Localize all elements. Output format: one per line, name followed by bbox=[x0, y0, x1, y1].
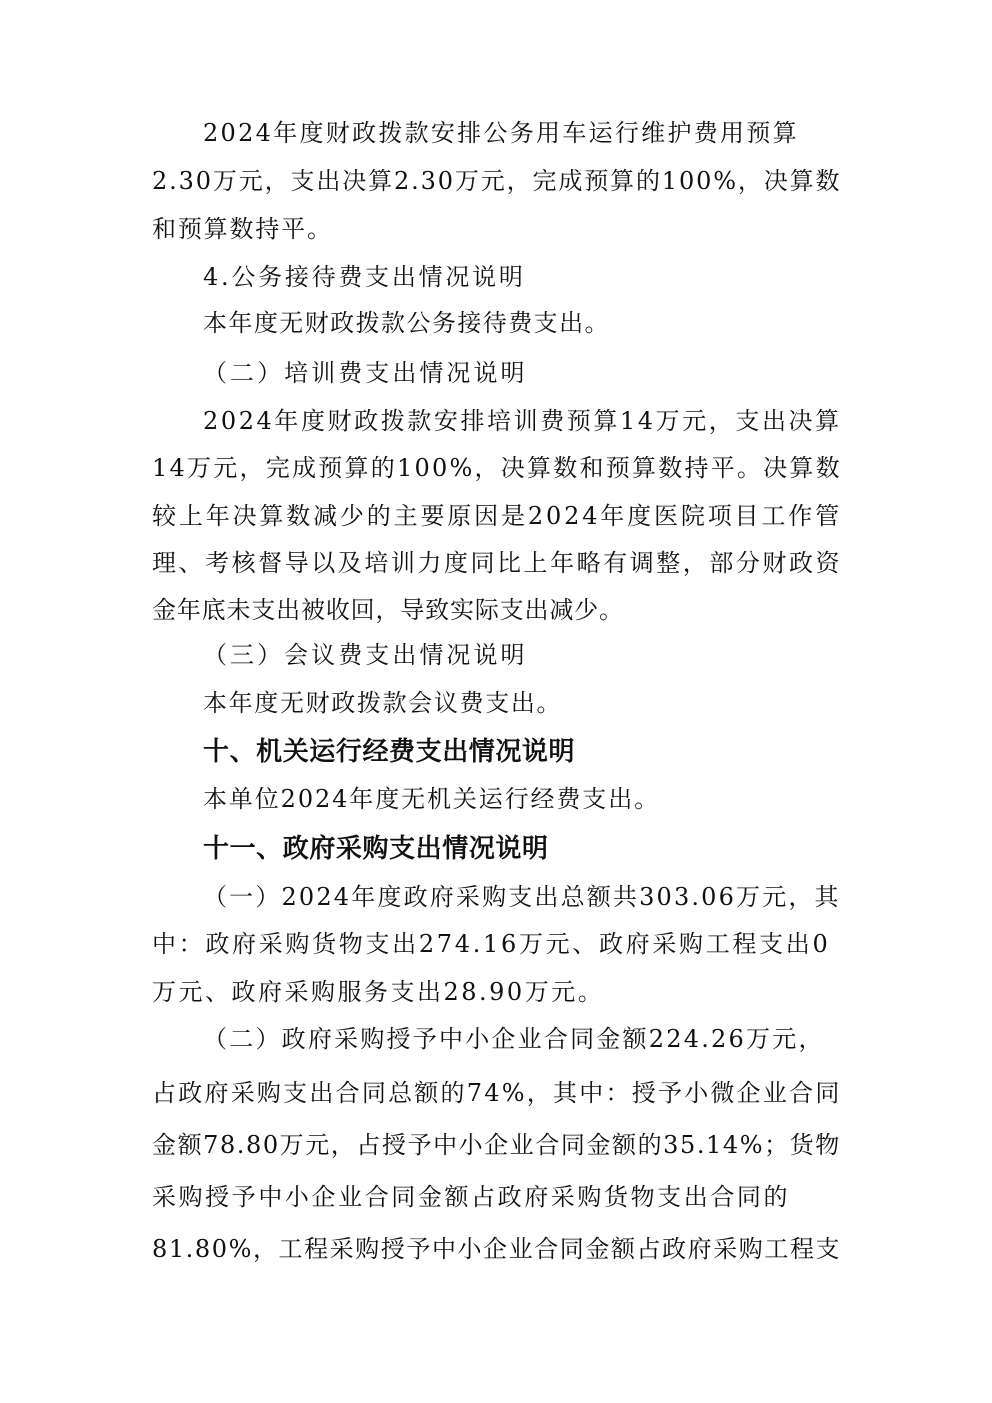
subsection-heading: 4.公务接待费支出情况说明 bbox=[203, 262, 526, 292]
paragraph-line: 14万元，完成预算的100%，决算数和预算数持平。决算数 bbox=[152, 453, 842, 483]
paragraph-line: 本年度无财政拨款公务接待费支出。 bbox=[203, 308, 610, 338]
paragraph-line: 理、考核督导以及培训力度同比上年略有调整，部分财政资 bbox=[152, 548, 842, 578]
subsection-heading: （二）培训费支出情况说明 bbox=[203, 358, 528, 388]
paragraph-line: 和预算数持平。 bbox=[152, 214, 333, 244]
paragraph-line: 中：政府采购货物支出274.16万元、政府采购工程支出0 bbox=[152, 929, 830, 959]
paragraph-section-10: 本单位2024年度无机关运行经费支出。 bbox=[203, 784, 660, 814]
paragraph-line: 万元、政府采购服务支出28.90万元。 bbox=[152, 977, 604, 1007]
paragraph-line: 采购授予中小企业合同金额占政府采购货物支出合同的 bbox=[152, 1182, 790, 1212]
paragraph-line: 81.80%，工程采购授予中小企业合同金额占政府采购工程支 bbox=[152, 1234, 841, 1264]
paragraph-line: （二）政府采购授予中小企业合同金额224.26万元， bbox=[203, 1024, 825, 1054]
paragraph-line: 占政府采购支出合同总额的74%，其中：授予小微企业合同 bbox=[152, 1078, 842, 1108]
paragraph-line: 本年度无财政拨款会议费支出。 bbox=[203, 688, 562, 718]
paragraph-line: 2024年度财政拨款安排公务用车运行维护费用预算 bbox=[203, 118, 799, 148]
paragraph-line: 2.30万元，支出决算2.30万元，完成预算的100%，决算数 bbox=[152, 166, 841, 196]
paragraph-line: 2024年度财政拨款安排培训费预算14万元，支出决算 bbox=[203, 406, 842, 436]
paragraph-line: 较上年决算数减少的主要原因是2024年度医院项目工作管 bbox=[152, 501, 842, 531]
subsection-heading: （三）会议费支出情况说明 bbox=[203, 640, 528, 670]
paragraph-line: 金年底未支出被收回，导致实际支出减少。 bbox=[152, 595, 624, 625]
paragraph-line: （一）2024年度政府采购支出总额共303.06万元，其 bbox=[203, 882, 841, 912]
section-heading-11: 十一、政府采购支出情况说明 bbox=[203, 834, 549, 864]
section-heading-10: 十、机关运行经费支出情况说明 bbox=[203, 737, 575, 767]
paragraph-line: 金额78.80万元，占授予中小企业合同金额的35.14%；货物 bbox=[152, 1130, 841, 1160]
